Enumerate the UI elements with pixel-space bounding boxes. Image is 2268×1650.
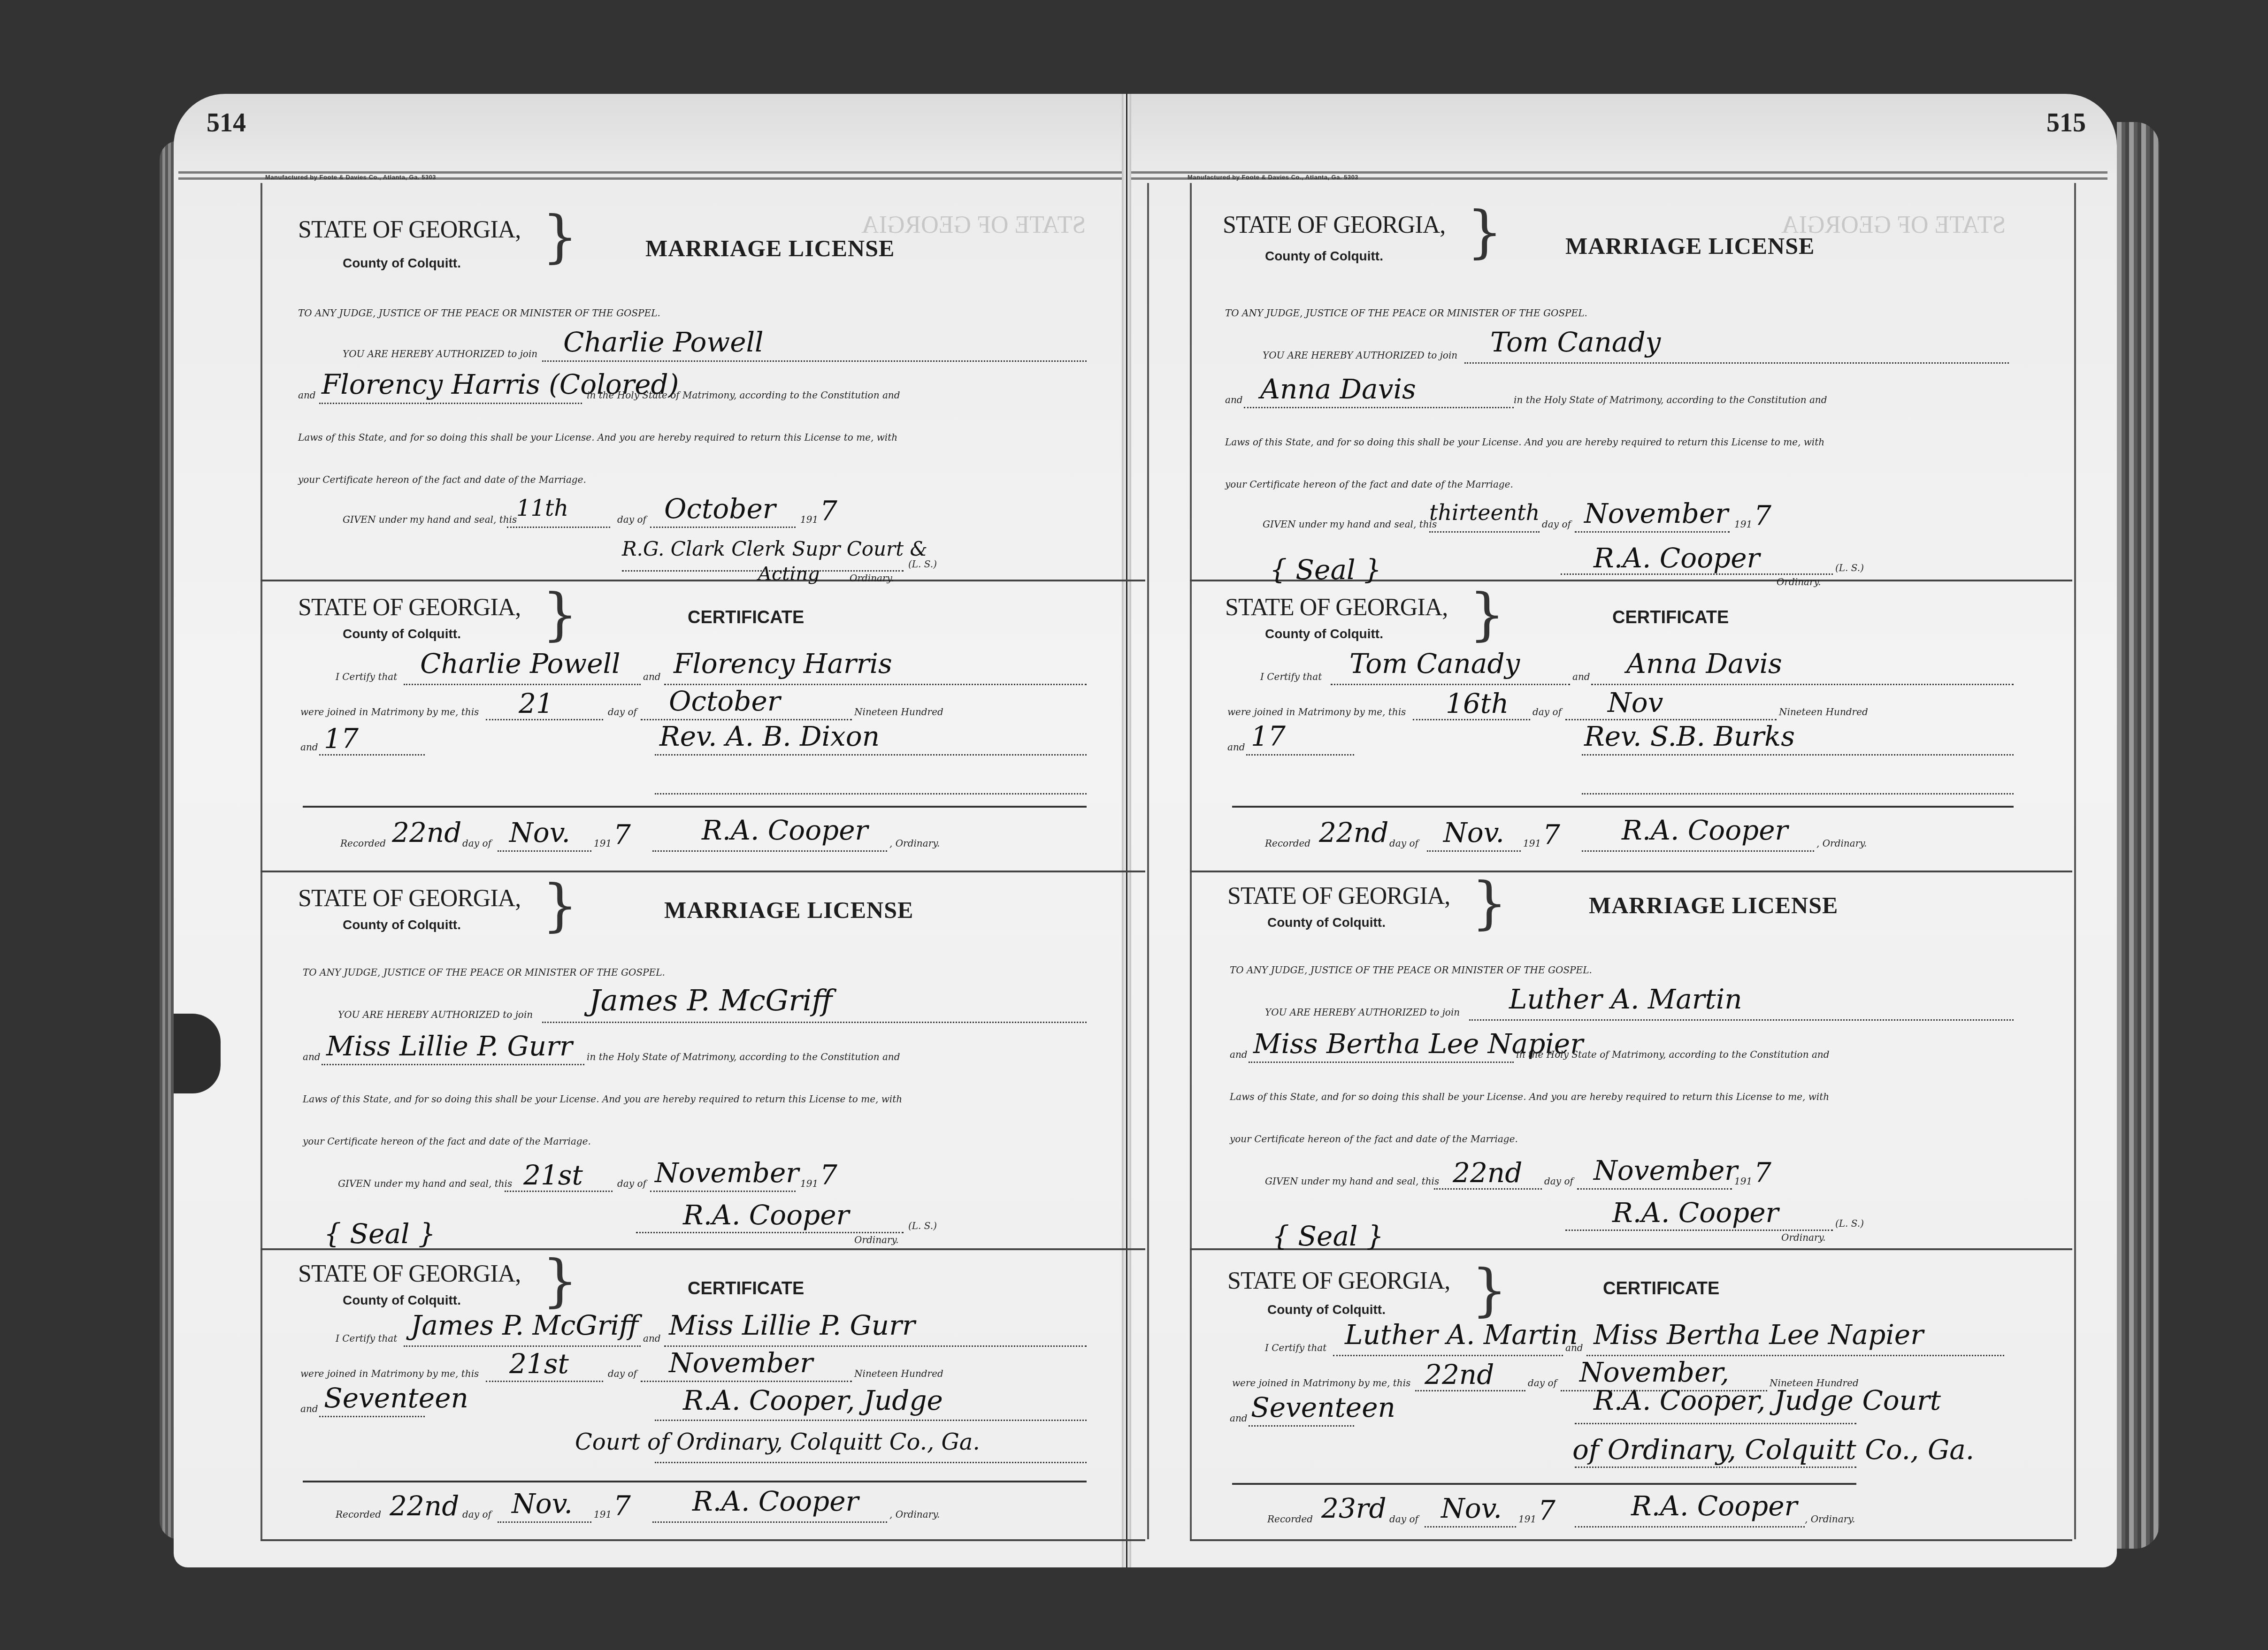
certify-label: I Certify that — [1265, 1342, 1326, 1353]
cert-year: 17 — [324, 723, 359, 755]
to-any-judge: TO ANY JUDGE, JUSTICE OF THE PEACE OR MI… — [298, 307, 660, 319]
certificate-hereon-text: your Certificate hereon of the fact and … — [1230, 1133, 1518, 1145]
month-line — [1577, 1188, 1732, 1190]
license-title: MARRIAGE LICENSE — [1589, 892, 1838, 919]
certify-label: I Certify that — [1260, 671, 1322, 682]
day-of-label: day of — [1544, 1176, 1573, 1187]
year-line — [1246, 754, 1354, 756]
bleed-through-text: STATE OF GEORGIA — [1781, 211, 2006, 239]
laws-text: Laws of this State, and for so doing thi… — [303, 1093, 902, 1105]
to-any-judge: TO ANY JUDGE, JUSTICE OF THE PEACE OR MI… — [1225, 307, 1587, 319]
holy-state-text: in the Holy State of Matrimony, accordin… — [1516, 1049, 1830, 1060]
license-signature: R.G. Clark Clerk Supr Court & — [622, 537, 927, 560]
brace: } — [1471, 1262, 1507, 1319]
license-title: MARRIAGE LICENSE — [1565, 232, 1815, 260]
bride-line — [319, 403, 582, 404]
state-heading: STATE OF GEORGIA, — [1227, 1267, 1450, 1295]
recorded-label: Recorded — [1267, 1513, 1313, 1525]
and-label: and — [1572, 671, 1590, 682]
license-block: STATE OF GEORGIA STATE OF GEORGIA, Count… — [261, 183, 1145, 581]
year-prefix: 191 — [800, 1178, 818, 1189]
year-line — [1249, 1425, 1354, 1427]
nineteen-hundred: Nineteen Hundred — [1779, 706, 1868, 718]
given-label: GIVEN under my hand and seal, this — [1265, 1176, 1439, 1187]
groom-name: Tom Canady — [1490, 326, 1661, 358]
license-month: November — [655, 1157, 799, 1189]
state-heading: STATE OF GEORGIA, — [298, 216, 521, 244]
laws-text: Laws of this State, and for so doing thi… — [1225, 436, 1824, 448]
and-label: and — [1227, 741, 1245, 753]
state-heading: STATE OF GEORGIA, — [298, 1260, 521, 1288]
bride-line — [322, 1064, 584, 1065]
and-label: and — [1230, 1049, 1248, 1060]
license-block: STATE OF GEORGIA STATE OF GEORGIA, Count… — [1190, 183, 2072, 581]
recorded-month-line — [498, 850, 591, 852]
authorized-label: YOU ARE HEREBY AUTHORIZED to join — [1263, 350, 1457, 361]
recorded-month: Nov. — [1441, 1492, 1502, 1524]
license-month: November — [1584, 497, 1728, 529]
holy-state-text: in the Holy State of Matrimony, accordin… — [587, 1051, 900, 1062]
cert-year: Seventeen — [1251, 1391, 1395, 1423]
nineteen-hundred: Nineteen Hundred — [854, 706, 943, 718]
cert-month: November — [669, 1347, 813, 1379]
recorded-by: R.A. Cooper — [1631, 1490, 1797, 1522]
license-month: October — [664, 493, 775, 525]
groom-name: Charlie Powell — [563, 326, 764, 358]
officiant-line-2 — [655, 793, 1087, 794]
cert-day: 21 — [519, 687, 553, 719]
day-of-label: day of — [608, 1368, 637, 1379]
manufacturer-note-right: Manufactured by Foote & Davies Co., Atla… — [1188, 174, 1358, 184]
groom-line — [1331, 684, 1570, 685]
month-line — [650, 1191, 796, 1192]
officiant-line-2 — [655, 1462, 1087, 1463]
groom-line — [542, 360, 1087, 362]
certificate-title: CERTIFICATE — [1612, 608, 1729, 628]
certify-label: I Certify that — [336, 671, 397, 682]
bride-name: Anna Davis — [1260, 373, 1416, 405]
recorded-month: Nov. — [512, 1488, 573, 1520]
and-label: and — [303, 1051, 321, 1062]
state-heading: STATE OF GEORGIA, — [298, 885, 521, 912]
county-heading: County of Colquitt. — [1267, 915, 1386, 930]
groom-name: Luther A. Martin — [1509, 983, 1742, 1015]
manufacturer-note-left: Manufactured by Foote & Davies Co., Atla… — [265, 174, 436, 184]
day-of-label: day of — [462, 1509, 491, 1520]
recorded-by: R.A. Cooper — [692, 1485, 858, 1517]
recorded-by-line — [652, 850, 887, 852]
recorded-day: 23rd — [1321, 1492, 1387, 1524]
state-heading: STATE OF GEORGIA, — [1223, 211, 1445, 239]
state-heading: STATE OF GEORGIA, — [298, 594, 521, 621]
license-day: thirteenth — [1429, 500, 1540, 525]
ordinary-label: , Ordinary. — [1805, 1513, 1855, 1525]
signature-line — [636, 1232, 904, 1233]
and-label: and — [1230, 1413, 1248, 1424]
brace: } — [1469, 587, 1505, 643]
cert-day: 22nd — [1425, 1359, 1494, 1390]
day-line — [486, 1381, 603, 1382]
groom-line — [542, 1022, 1087, 1023]
cert-bride: Anna Davis — [1626, 648, 1782, 680]
recorded-month: Nov. — [509, 817, 570, 848]
officiant-line — [1575, 1423, 1856, 1424]
day-line — [507, 527, 610, 528]
certificate-hereon-text: your Certificate hereon of the fact and … — [298, 474, 586, 485]
recorded-label: Recorded — [1265, 838, 1310, 849]
and-label: and — [1565, 1342, 1583, 1353]
ordinary-label: , Ordinary. — [1816, 838, 1867, 849]
county-heading: County of Colquitt. — [343, 626, 461, 642]
divider-line — [303, 806, 1087, 808]
recorded-day: 22nd — [392, 817, 461, 848]
month-line — [641, 1381, 852, 1382]
day-of-label: day of — [1389, 1513, 1418, 1525]
joined-label: were joined in Matrimony by me, this — [1227, 706, 1406, 718]
recorded-year-digit: 7 — [1543, 819, 1560, 851]
and-label: and — [1225, 394, 1243, 405]
certify-label: I Certify that — [336, 1333, 397, 1344]
laws-text: Laws of this State, and for so doing thi… — [298, 432, 897, 443]
day-line — [1429, 531, 1540, 533]
ls-label: (L. S.) — [908, 1220, 937, 1231]
county-heading: County of Colquitt. — [343, 1293, 461, 1308]
recorded-month-line — [1425, 1526, 1516, 1528]
recorded-day: 22nd — [390, 1490, 459, 1522]
license-year-digit: 7 — [820, 495, 837, 527]
year-prefix: 191 — [594, 838, 612, 849]
seal-notation: { Seal } — [1272, 1220, 1384, 1252]
authorized-label: YOU ARE HEREBY AUTHORIZED to join — [343, 348, 537, 359]
license-signature: R.A. Cooper — [683, 1199, 849, 1231]
year-prefix: 191 — [594, 1509, 612, 1520]
and-label: and — [643, 671, 661, 682]
joined-label: were joined in Matrimony by me, this — [1232, 1377, 1410, 1389]
day-of-label: day of — [617, 1178, 646, 1189]
recorded-month: Nov. — [1443, 817, 1504, 848]
license-block: STATE OF GEORGIA, County of Colquitt. } … — [1190, 871, 2072, 1250]
ls-label: (L. S.) — [908, 558, 937, 570]
year-prefix: 191 — [1734, 519, 1752, 530]
officiant: R.A. Cooper, Judge Court — [1594, 1384, 1941, 1416]
and-label: and — [298, 390, 316, 401]
ordinary-label: , Ordinary. — [889, 1509, 940, 1520]
given-label: GIVEN under my hand and seal, this — [343, 514, 517, 525]
officiant-line-2 — [1575, 1467, 1856, 1468]
recorded-label: Recorded — [336, 1509, 381, 1520]
brace: } — [542, 1253, 578, 1309]
license-year-digit: 7 — [1754, 1157, 1771, 1189]
certificate-title: CERTIFICATE — [688, 1279, 804, 1299]
month-line — [650, 527, 796, 528]
year-line — [319, 1416, 425, 1417]
cert-groom: Tom Canady — [1349, 648, 1520, 680]
brace: } — [1467, 204, 1502, 260]
officiant-line — [655, 1420, 1087, 1421]
license-month: November — [1594, 1154, 1738, 1186]
county-heading: County of Colquitt. — [343, 256, 461, 271]
given-label: GIVEN under my hand and seal, this — [1263, 519, 1437, 530]
to-any-judge: TO ANY JUDGE, JUSTICE OF THE PEACE OR MI… — [303, 967, 665, 978]
cert-bride: Miss Bertha Lee Napier — [1594, 1319, 1923, 1351]
joined-label: were joined in Matrimony by me, this — [300, 706, 479, 718]
and-label: and — [643, 1333, 661, 1344]
recorded-by: R.A. Cooper — [702, 814, 868, 846]
day-of-label: day of — [1532, 706, 1562, 718]
year-prefix: 191 — [1734, 1176, 1752, 1187]
brace: } — [542, 878, 578, 934]
officiant: R.A. Cooper, Judge — [683, 1384, 943, 1416]
day-of-label: day of — [1389, 838, 1418, 849]
groom-line — [404, 1345, 641, 1347]
recorded-year-digit: 7 — [613, 1490, 631, 1522]
state-heading: STATE OF GEORGIA, — [1225, 594, 1448, 621]
ls-label: (L. S.) — [1835, 562, 1864, 573]
license-year-digit: 7 — [1754, 500, 1771, 532]
divider-line — [1232, 806, 2014, 808]
officiant-line — [655, 754, 1087, 756]
cert-month: Nov — [1608, 687, 1663, 718]
recorded-by-line — [652, 1521, 887, 1523]
bride-name: Miss Lillie P. Gurr — [326, 1030, 573, 1062]
cert-month: October — [669, 685, 780, 717]
recorded-day: 22nd — [1319, 817, 1388, 848]
year-prefix: 191 — [1518, 1513, 1536, 1525]
ordinary-label: Ordinary. — [854, 1234, 899, 1245]
groom-name: James P. McGriff — [589, 983, 833, 1017]
bride-line — [1249, 1062, 1514, 1063]
officiant: Rev. S.B. Burks — [1584, 720, 1795, 752]
officiant-line — [1582, 754, 2014, 756]
county-heading: County of Colquitt. — [1265, 249, 1383, 264]
recorded-by-line — [1575, 1526, 1805, 1528]
seal-notation: { Seal } — [324, 1218, 436, 1250]
day-of-label: day of — [617, 514, 646, 525]
thumb-tab — [174, 1014, 221, 1093]
recorded-year-digit: 7 — [613, 819, 631, 851]
nineteen-hundred: Nineteen Hundred — [854, 1368, 943, 1379]
license-block: STATE OF GEORGIA, County of Colquitt. } … — [261, 871, 1145, 1250]
to-any-judge: TO ANY JUDGE, JUSTICE OF THE PEACE OR MI… — [1230, 964, 1592, 976]
ordinary-label: Ordinary. — [1781, 1232, 1826, 1243]
recorded-month-line — [498, 1521, 591, 1523]
signature-line — [1565, 1230, 1833, 1231]
cert-year: Seventeen — [324, 1382, 468, 1414]
officiant: Rev. A. B. Dixon — [659, 720, 880, 752]
officiant-line2: of Ordinary, Colquitt Co., Ga. — [1572, 1434, 1974, 1466]
cert-groom: James P. McGriff — [411, 1309, 638, 1341]
license-year-digit: 7 — [820, 1159, 837, 1191]
page-edges-right — [2117, 122, 2159, 1549]
day-of-label: day of — [462, 838, 491, 849]
authorized-label: YOU ARE HEREBY AUTHORIZED to join — [1265, 1007, 1460, 1018]
license-day: 11th — [516, 495, 568, 521]
license-signature: R.A. Cooper — [1594, 542, 1760, 574]
certificate-block: STATE OF GEORGIA, County of Colquitt. } … — [1190, 580, 2072, 872]
authorized-label: YOU ARE HEREBY AUTHORIZED to join — [338, 1009, 533, 1020]
year-prefix: 191 — [800, 514, 818, 525]
brace: } — [542, 587, 578, 643]
page-number-right: 515 — [2046, 108, 2086, 138]
year-prefix: 191 — [1523, 838, 1541, 849]
brace: } — [542, 209, 578, 265]
day-of-label: day of — [608, 706, 637, 718]
groom-line — [1333, 1355, 1563, 1356]
state-heading: STATE OF GEORGIA, — [1227, 882, 1450, 910]
cert-month: November, — [1579, 1356, 1729, 1388]
holy-state-text: in the Holy State of Matrimony, accordin… — [587, 390, 900, 401]
license-day: 21st — [523, 1159, 583, 1191]
certificate-block: STATE OF GEORGIA, County of Colquitt. } … — [261, 580, 1145, 872]
cert-bride: Florency Harris — [674, 648, 892, 680]
day-of-label: day of — [1528, 1377, 1557, 1389]
divider-line — [303, 1481, 1087, 1482]
joined-label: were joined in Matrimony by me, this — [300, 1368, 479, 1379]
recorded-year-digit: 7 — [1538, 1495, 1555, 1527]
certificate-title: CERTIFICATE — [1603, 1279, 1719, 1299]
brace: } — [1471, 875, 1507, 932]
ls-label: (L. S.) — [1835, 1218, 1864, 1229]
cert-year: 17 — [1251, 720, 1286, 752]
cert-day: 21st — [509, 1348, 569, 1380]
and-label: and — [300, 1403, 318, 1414]
ledger-book: 514 515 Manufactured by Foote & Davies C… — [174, 94, 2145, 1567]
ordinary-label: , Ordinary. — [889, 838, 940, 849]
day-of-label: day of — [1542, 519, 1571, 530]
recorded-by-line — [1582, 850, 1814, 852]
groom-line — [404, 684, 641, 685]
groom-line — [1469, 1019, 2014, 1021]
month-line — [1575, 531, 1730, 533]
certificate-block: STATE OF GEORGIA, County of Colquitt. } … — [261, 1248, 1145, 1541]
recorded-by: R.A. Cooper — [1622, 814, 1788, 846]
bride-line — [1591, 684, 2014, 685]
page-number-left: 514 — [207, 108, 246, 138]
certificate-title: CERTIFICATE — [688, 608, 804, 628]
county-heading: County of Colquitt. — [343, 917, 461, 932]
county-heading: County of Colquitt. — [1267, 1302, 1386, 1317]
license-title: MARRIAGE LICENSE — [664, 896, 913, 924]
county-heading: County of Colquitt. — [1265, 626, 1383, 642]
cert-day: 16th — [1446, 687, 1509, 719]
officiant-line-2 — [1582, 793, 2014, 794]
cert-bride: Miss Lillie P. Gurr — [669, 1309, 915, 1341]
officiant-line2: Court of Ordinary, Colquitt Co., Ga. — [575, 1429, 980, 1455]
recorded-month-line — [1427, 850, 1521, 852]
laws-text: Laws of this State, and for so doing thi… — [1230, 1091, 1829, 1102]
license-title: MARRIAGE LICENSE — [645, 235, 895, 262]
divider-line — [1232, 1483, 1856, 1485]
bride-line — [1244, 407, 1514, 408]
cert-groom: Luther A. Martin — [1345, 1319, 1578, 1351]
certificate-hereon-text: your Certificate hereon of the fact and … — [1225, 479, 1513, 490]
groom-line — [1464, 362, 2009, 364]
license-day: 22nd — [1453, 1157, 1522, 1189]
certificate-block: STATE OF GEORGIA, County of Colquitt. } … — [1190, 1248, 2072, 1541]
and-label: and — [300, 741, 318, 753]
given-label: GIVEN under my hand and seal, this — [338, 1178, 512, 1189]
certificate-hereon-text: your Certificate hereon of the fact and … — [303, 1136, 591, 1147]
bleed-through-text: STATE OF GEORGIA — [861, 211, 1086, 239]
cert-groom: Charlie Powell — [420, 648, 621, 680]
holy-state-text: in the Holy State of Matrimony, accordin… — [1514, 394, 1827, 405]
recorded-label: Recorded — [340, 838, 386, 849]
license-signature: R.A. Cooper — [1612, 1197, 1778, 1229]
